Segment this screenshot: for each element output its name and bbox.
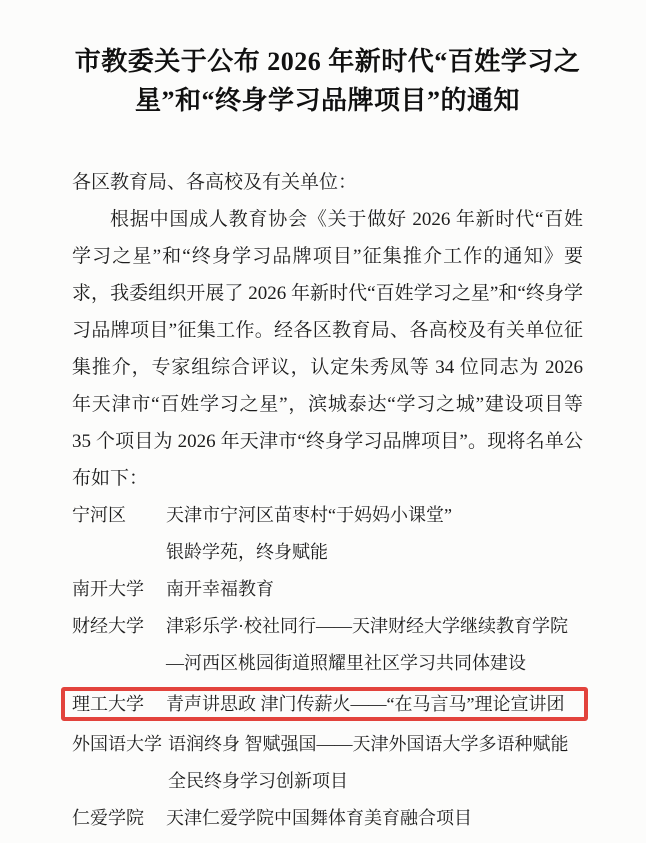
project-name: 青声讲思政 津门传薪火——“在马言马”理论宣讲团 <box>166 691 582 717</box>
project-names: 语润终身 智赋强国——天津外国语大学多语种赋能全民终身学习创新项目 <box>168 726 583 800</box>
body-paragraph: 根据中国成人教育协会《关于做好 2026 年新时代“百姓学习之星”和“终身学习品… <box>72 201 583 497</box>
project-name: 银龄学苑，终身赋能 <box>166 534 583 571</box>
project-names: 南开幸福教育 <box>166 571 583 608</box>
project-name: 津彩乐学·校社同行——天津财经大学继续教育学院—河西区桃园街道照耀里社区学习共同… <box>166 608 583 682</box>
document-title: 市教委关于公布 2026 年新时代“百姓学习之 星”和“终身学习品牌项目”的通知 <box>72 42 583 120</box>
list-row-ninghe: 宁河区 天津市宁河区苗枣村“于妈妈小课堂” 银龄学苑，终身赋能 <box>72 497 583 571</box>
list-row-nankai: 南开大学 南开幸福教育 <box>72 571 583 608</box>
list-row-renai: 仁爱学院 天津仁爱学院中国舞体育美育融合项目 <box>72 800 583 837</box>
org-name: 南开大学 <box>72 571 160 608</box>
list-row-ligong-highlighted: 理工大学 青声讲思政 津门传薪火——“在马言马”理论宣讲团 <box>61 687 588 721</box>
title-line-2: 星”和“终身学习品牌项目”的通知 <box>72 81 583 120</box>
org-name: 仁爱学院 <box>72 800 160 837</box>
document-page: 市教委关于公布 2026 年新时代“百姓学习之 星”和“终身学习品牌项目”的通知… <box>0 0 646 843</box>
org-name: 理工大学 <box>72 691 160 717</box>
salutation: 各区教育局、各高校及有关单位： <box>72 164 583 201</box>
project-name: 语润终身 智赋强国——天津外国语大学多语种赋能全民终身学习创新项目 <box>168 726 583 800</box>
project-names: 青声讲思政 津门传薪火——“在马言马”理论宣讲团 <box>166 691 582 717</box>
project-names: 天津市宁河区苗枣村“于妈妈小课堂” 银龄学苑，终身赋能 <box>166 497 583 571</box>
org-name: 财经大学 <box>72 608 160 645</box>
list-row-caijing: 财经大学 津彩乐学·校社同行——天津财经大学继续教育学院—河西区桃园街道照耀里社… <box>72 608 583 682</box>
project-name: 南开幸福教育 <box>166 571 583 608</box>
list-row-waiguoyu: 外国语大学 语润终身 智赋强国——天津外国语大学多语种赋能全民终身学习创新项目 <box>72 726 583 800</box>
project-name: 天津仁爱学院中国舞体育美育融合项目 <box>166 800 583 837</box>
org-name: 外国语大学 <box>72 726 162 763</box>
award-list: 宁河区 天津市宁河区苗枣村“于妈妈小课堂” 银龄学苑，终身赋能 南开大学 南开幸… <box>72 497 583 837</box>
title-line-1: 市教委关于公布 2026 年新时代“百姓学习之 <box>72 42 583 81</box>
project-names: 天津仁爱学院中国舞体育美育融合项目 <box>166 800 583 837</box>
project-names: 津彩乐学·校社同行——天津财经大学继续教育学院—河西区桃园街道照耀里社区学习共同… <box>166 608 583 682</box>
org-name: 宁河区 <box>72 497 160 534</box>
project-name: 天津市宁河区苗枣村“于妈妈小课堂” <box>166 497 583 534</box>
